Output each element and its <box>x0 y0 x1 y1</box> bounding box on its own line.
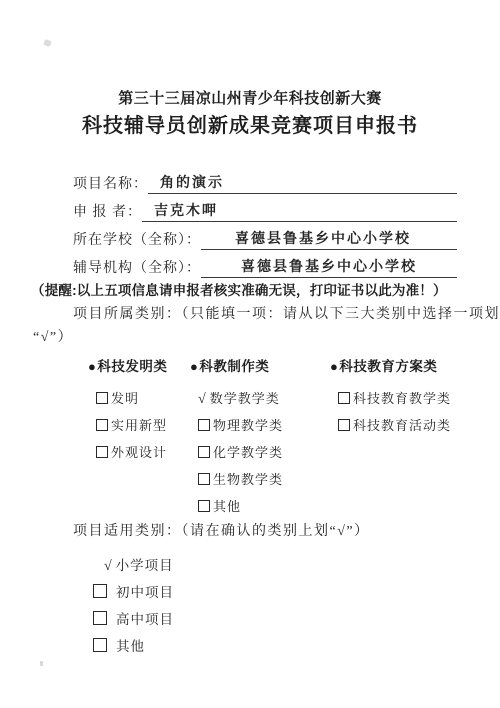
checkbox-item-other: 其他 <box>93 635 174 650</box>
column-header-label: 科技发明类 <box>97 359 167 374</box>
field-row-project-name: 项目名称： 角的演示 <box>73 166 457 194</box>
field-row-school: 所在学校（全称）： 喜德县鲁基乡中心小学校 <box>73 222 457 250</box>
column-header-invention: ●科技发明类 <box>88 355 190 375</box>
checkbox-item-math-teaching: √数学教学类 <box>190 388 330 402</box>
checkbox-item-label: 生物教学类 <box>213 472 283 487</box>
checkbox-item-physics-teaching: 物理教学类 <box>190 415 330 429</box>
bullet-icon: ● <box>88 359 96 374</box>
field-row-applicant: 申 报 者： 吉克木呷 <box>73 194 457 222</box>
category-column-science-teaching: ●科教制作类 √数学教学类 物理教学类 化学教学类 生物教学类 其他 <box>190 355 330 523</box>
tutoring-org-label: 辅导机构（全称）： <box>73 257 201 278</box>
scan-artifact <box>40 661 43 666</box>
tutoring-org-value: 喜德县鲁基乡中心小学校 <box>201 256 457 278</box>
bullet-icon: ● <box>330 359 338 374</box>
checkbox-item-label: 数学教学类 <box>210 391 280 406</box>
checkbox-icon <box>93 611 107 625</box>
checkbox-item-label: 初中项目 <box>116 585 174 600</box>
project-name-label: 项目名称： <box>73 173 148 194</box>
checkmark-icon: √ <box>198 393 206 407</box>
checkbox-item-other-teaching: 其他 <box>190 496 330 510</box>
category-intro-line1: 项目所属类别：（只能填一项：请从以下三大类别中选择一项划 <box>33 303 478 326</box>
checkbox-item-label: 物理教学类 <box>213 418 283 433</box>
checkbox-item-invention: 发明 <box>88 388 190 402</box>
column-header-label: 科教制作类 <box>199 359 269 374</box>
checkbox-item-edu-teaching: 科技教育教学类 <box>330 388 498 402</box>
checkbox-item-label: 实用新型 <box>111 418 167 433</box>
checkmark-icon: √ <box>104 560 112 574</box>
school-label: 所在学校（全称）： <box>73 229 201 250</box>
field-row-tutoring-org: 辅导机构（全称）： 喜德县鲁基乡中心小学校 <box>73 250 457 278</box>
checkbox-icon <box>338 419 350 431</box>
reminder-note: （提醒:以上五项信息请申报者核实准确无误，打印证书以此为准！） <box>31 279 476 299</box>
checkbox-item-label: 其他 <box>213 499 241 514</box>
checkbox-item-label: 小学项目 <box>116 558 174 573</box>
form-fields: 项目名称： 角的演示 申 报 者： 吉克木呷 所在学校（全称）： 喜德县鲁基乡中… <box>73 166 457 278</box>
competition-title: 第三十三届凉山州青少年科技创新大赛 <box>0 87 500 108</box>
checkbox-item-label: 其他 <box>116 639 145 654</box>
applicable-section-intro: 项目适用类别：（请在确认的类别上划“√”） <box>33 520 478 540</box>
scan-artifact <box>43 39 52 47</box>
checkbox-item-middle-school: 初中项目 <box>93 581 174 596</box>
checkbox-item-label: 外观设计 <box>111 445 167 460</box>
column-header-science-teaching: ●科教制作类 <box>190 355 330 375</box>
checkbox-item-edu-activity: 科技教育活动类 <box>330 415 498 429</box>
checkbox-item-primary-school: √小学项目 <box>93 554 174 569</box>
school-value: 喜德县鲁基乡中心小学校 <box>201 228 457 250</box>
project-name-value: 角的演示 <box>148 172 457 194</box>
category-column-education-plan: ●科技教育方案类 科技教育教学类 科技教育活动类 <box>330 355 498 442</box>
checkbox-icon <box>96 392 108 404</box>
checkbox-icon <box>93 638 107 652</box>
checkbox-item-chemistry-teaching: 化学教学类 <box>190 442 330 456</box>
column-header-education-plan: ●科技教育方案类 <box>330 355 498 375</box>
checkbox-item-utility-model: 实用新型 <box>88 415 190 429</box>
category-column-invention: ●科技发明类 发明 实用新型 外观设计 <box>88 355 190 469</box>
category-intro-line2: “√”） <box>33 326 478 349</box>
checkbox-item-design: 外观设计 <box>88 442 190 456</box>
column-header-label: 科技教育方案类 <box>339 359 437 374</box>
applicable-items: √小学项目 初中项目 高中项目 其他 <box>93 554 174 662</box>
checkbox-icon <box>96 446 108 458</box>
checkbox-item-label: 科技教育教学类 <box>353 391 451 406</box>
checkbox-icon <box>198 473 210 485</box>
applicant-value: 吉克木呷 <box>142 200 457 222</box>
checkbox-item-high-school: 高中项目 <box>93 608 174 623</box>
checkbox-item-biology-teaching: 生物教学类 <box>190 469 330 483</box>
checkbox-item-label: 化学教学类 <box>213 445 283 460</box>
category-section-intro: 项目所属类别：（只能填一项：请从以下三大类别中选择一项划 “√”） <box>33 303 478 349</box>
application-form-page: 第三十三届凉山州青少年科技创新大赛 科技辅导员创新成果竞赛项目申报书 项目名称：… <box>0 0 500 708</box>
checkbox-icon <box>198 500 210 512</box>
checkbox-icon <box>198 446 210 458</box>
applicant-label: 申 报 者： <box>73 201 142 222</box>
checkbox-icon <box>338 392 350 404</box>
checkbox-item-label: 发明 <box>111 391 139 406</box>
checkbox-icon <box>96 419 108 431</box>
checkbox-item-label: 高中项目 <box>116 612 174 627</box>
checkbox-item-label: 科技教育活动类 <box>353 418 451 433</box>
bullet-icon: ● <box>190 359 198 374</box>
checkbox-icon <box>198 419 210 431</box>
checkbox-icon <box>93 584 107 598</box>
form-title: 科技辅导员创新成果竞赛项目申报书 <box>0 109 500 138</box>
